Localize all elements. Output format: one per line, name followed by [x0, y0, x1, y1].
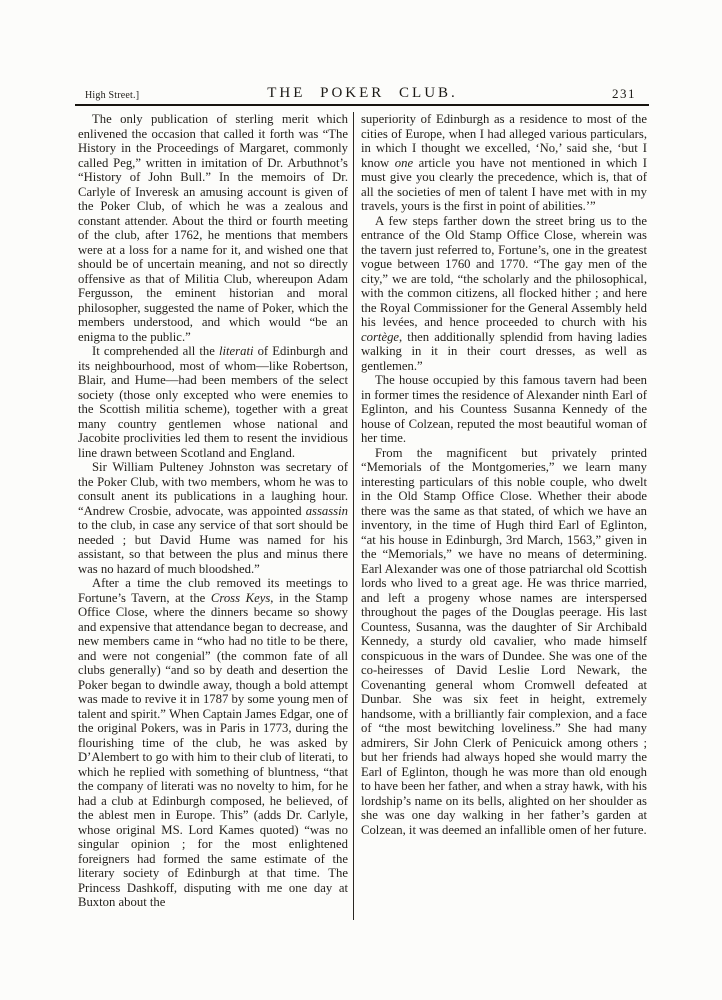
column-right: superiority of Edinburgh as a residence …	[361, 112, 647, 837]
paragraph-right-1: superiority of Edinburgh as a residence …	[361, 112, 647, 214]
column-divider	[353, 112, 354, 920]
page-number: 231	[612, 86, 636, 102]
paragraph-left-3: Sir William Pulteney Johnston was secret…	[78, 460, 348, 576]
text-columns: The only publication of sterling merit w…	[78, 112, 648, 920]
book-page: High Street.] THE POKER CLUB. 231 The on…	[0, 0, 722, 1000]
page-title: THE POKER CLUB.	[75, 85, 650, 102]
paragraph-right-3: The house occupied by this famous tavern…	[361, 373, 647, 446]
paragraph-right-2: A few steps farther down the street brin…	[361, 214, 647, 374]
paragraph-left-1: The only publication of sterling merit w…	[78, 112, 348, 344]
paragraph-left-4: After a time the club removed its meetin…	[78, 576, 348, 910]
paragraph-left-2: It comprehended all the literati of Edin…	[78, 344, 348, 460]
header-rule	[75, 104, 649, 106]
page-header: High Street.] THE POKER CLUB. 231	[75, 84, 650, 102]
paragraph-right-4: From the magnificent but privately print…	[361, 446, 647, 838]
column-left: The only publication of sterling merit w…	[78, 112, 348, 910]
